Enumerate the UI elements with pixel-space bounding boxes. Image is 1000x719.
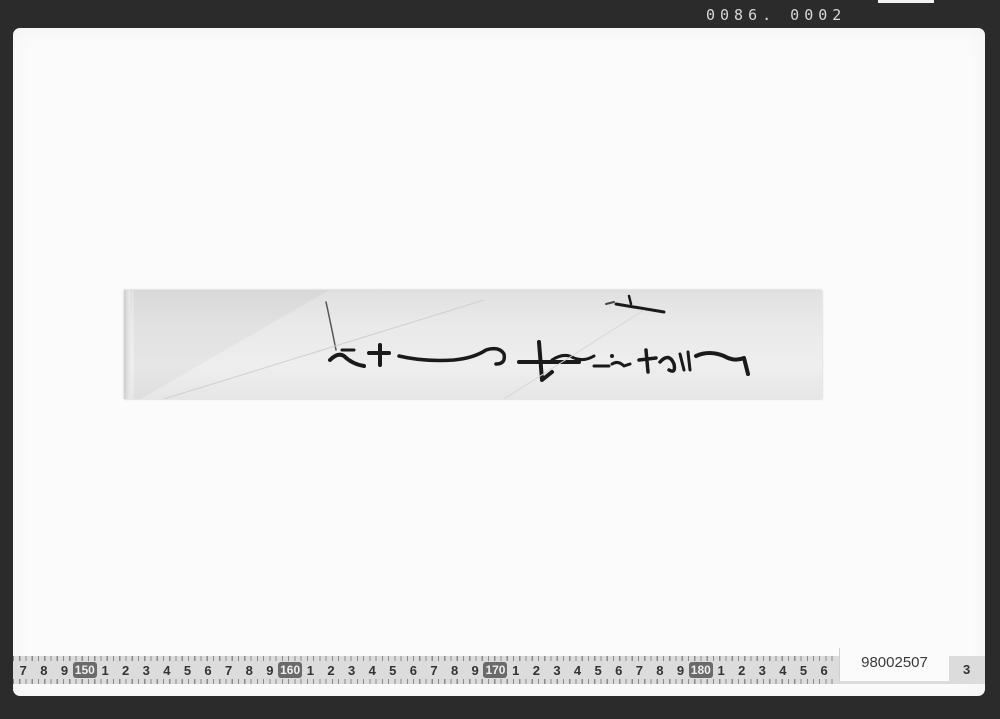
ruler-number: 9 [54,663,75,678]
ruler-number: 8 [34,663,55,678]
ruler-number: 5 [383,663,404,678]
specimen-id-label: 98002507 [839,648,949,681]
ruler-number: 8 [239,663,260,678]
ruler-number: 3 [341,663,362,678]
measurement-ruler: 7 8 9 150 1 2 3 4 5 6 7 8 9 160 1 2 3 4 … [13,656,985,684]
ruler-number: 2 [731,663,752,678]
ruler-number: 6 [814,663,835,678]
ruler-number: 7 [629,663,650,678]
film-frame-number: 0086. 0002 [706,6,846,24]
ruler-number: 4 [157,663,178,678]
ruler-major-label: 170 [483,662,507,678]
ruler-number: 7 [424,663,445,678]
ruler-number: 1 [505,663,526,678]
ruler-number: 7 [218,663,239,678]
ruler-end-number: 3 [963,662,970,677]
ruler-ticks-top [13,656,838,661]
ruler-number: 4 [567,663,588,678]
film-tab-marker [878,0,934,3]
ruler-number: 6 [198,663,219,678]
ruler-number: 8 [650,663,671,678]
ruler-number: 9 [670,663,691,678]
ruler-number: 6 [608,663,629,678]
ruler-number: 7 [13,663,34,678]
ruler-number: 3 [136,663,157,678]
ruler-number: 6 [403,663,424,678]
ruler-number: 1 [711,663,732,678]
ruler-major-label: 180 [689,662,713,678]
ruler-scale-numbers: 7 8 9 150 1 2 3 4 5 6 7 8 9 160 1 2 3 4 … [13,662,843,678]
ruler-number: 9 [260,663,281,678]
ruler-number: 3 [547,663,568,678]
ruler-number: 5 [588,663,609,678]
ruler-number: 8 [444,663,465,678]
paper-strip-document [124,290,822,399]
handwritten-inscription [124,290,822,399]
ruler-number: 5 [177,663,198,678]
ruler-number: 1 [300,663,321,678]
ruler-major-label: 160 [278,662,302,678]
ruler-number: 4 [773,663,794,678]
ruler-number: 9 [465,663,486,678]
ruler-ticks-bottom [13,679,838,684]
ruler-number: 4 [362,663,383,678]
ruler-number: 3 [752,663,773,678]
ruler-number: 1 [95,663,116,678]
ruler-number: 2 [526,663,547,678]
ruler-number: 2 [115,663,136,678]
ruler-number: 5 [793,663,814,678]
ruler-number: 2 [321,663,342,678]
ruler-major-label: 150 [73,662,97,678]
